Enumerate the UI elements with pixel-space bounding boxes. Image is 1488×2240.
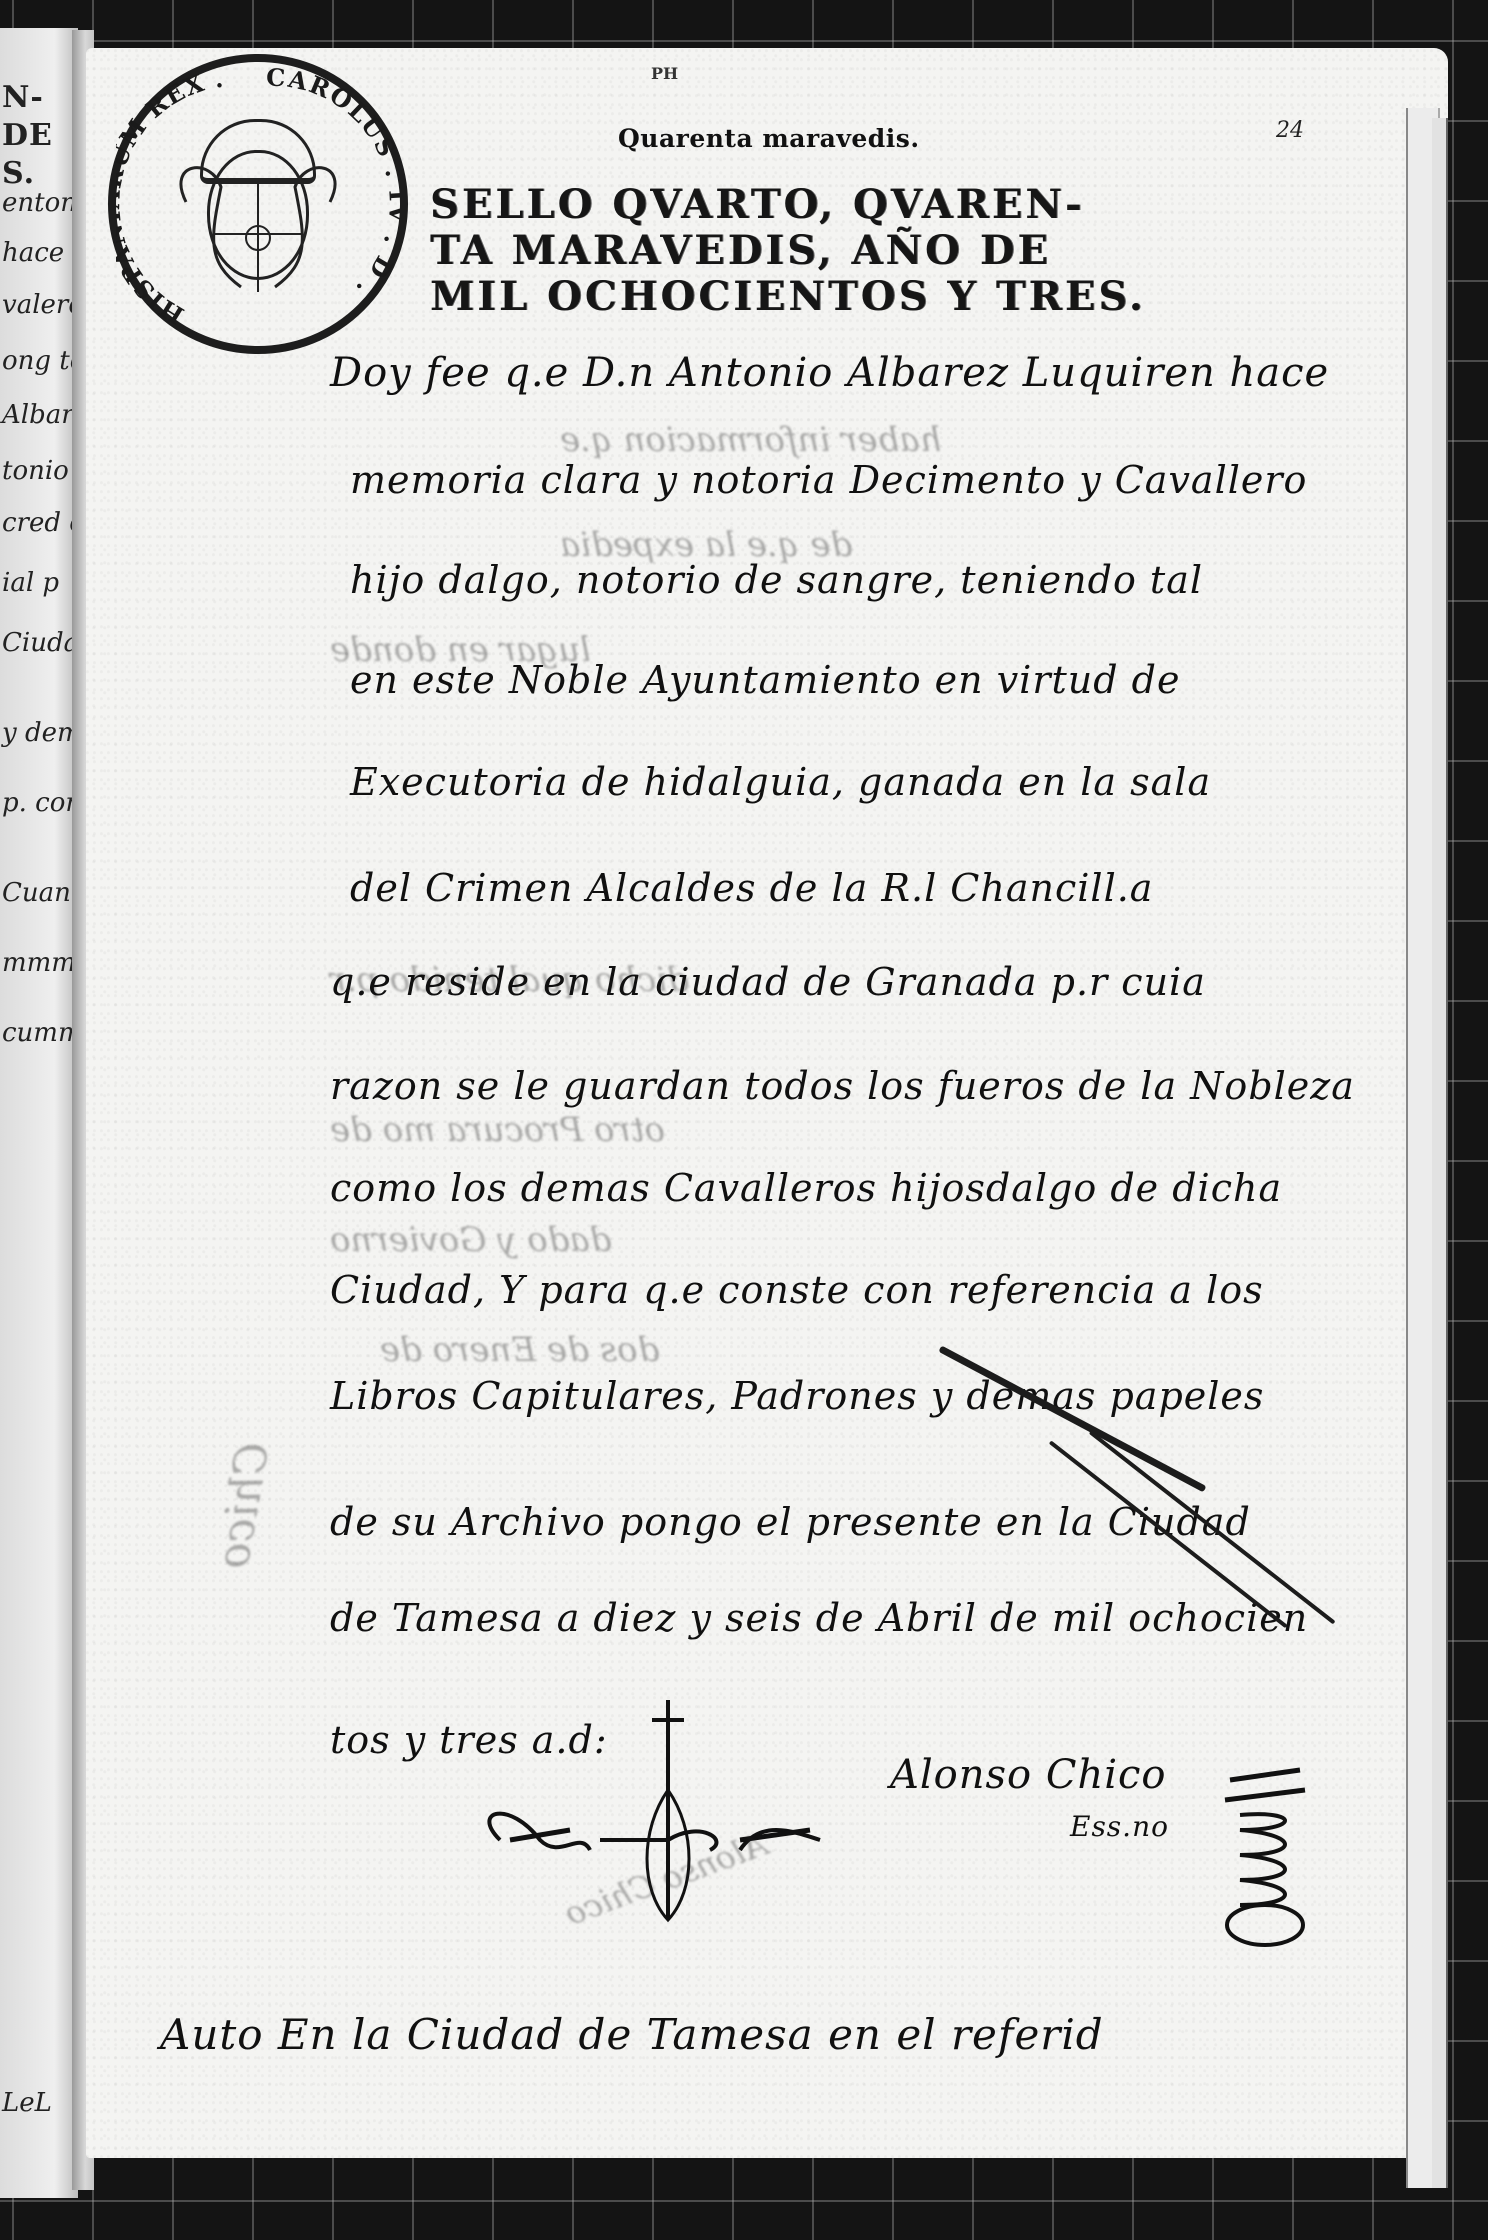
printed-stamp-header: SELLO QVARTO, QVAREN- TA MARAVEDIS, AÑO … bbox=[430, 182, 1110, 320]
page-edge bbox=[1432, 118, 1448, 2188]
facing-fragment: ial p bbox=[2, 568, 59, 598]
facing-fragment: valero bbox=[2, 290, 78, 320]
stamp-denomination: Quarenta maravedis. bbox=[618, 124, 920, 153]
header-line: MIL OCHOCIENTOS Y TRES. bbox=[430, 274, 1110, 320]
notary-signature: Alonso Chico bbox=[890, 1752, 1167, 1798]
body-line: Libros Capitulares, Padrones y demas pap… bbox=[330, 1374, 1264, 1418]
facing-fragment: y demas bbox=[2, 718, 78, 748]
facing-page: N- DE S. entonio hace valero ong ten Alb… bbox=[0, 28, 78, 2198]
facing-fragment: entonio bbox=[2, 188, 78, 218]
header-line: SELLO QVARTO, QVAREN- bbox=[430, 182, 1110, 228]
body-line: q.e reside en la ciudad de Granada p.r c… bbox=[330, 960, 1206, 1004]
facing-fragment: Albarez bbox=[2, 400, 78, 430]
body-line: hijo dalgo, notorio de sangre, teniendo … bbox=[350, 558, 1203, 602]
notary-title: Ess.no bbox=[1070, 1810, 1169, 1843]
body-line: memoria clara y notoria Decimento y Cava… bbox=[350, 458, 1307, 502]
cross-rubric-icon bbox=[440, 1690, 940, 1950]
facing-fragment: mmm bbox=[2, 948, 76, 978]
bleed-through-text: dos de Enero de bbox=[380, 1330, 659, 1370]
facing-fragment: hace bbox=[2, 238, 64, 268]
facing-fragment: DE bbox=[2, 118, 53, 153]
body-line: del Crimen Alcaldes de la R.l Chancill.a bbox=[350, 866, 1153, 910]
facing-fragment: N- bbox=[2, 80, 44, 115]
facing-fragment: Cuanto bbox=[2, 878, 78, 908]
body-line: de Tamesa a diez y seis de Abril de mil … bbox=[330, 1596, 1308, 1640]
bleed-through-text: dado y Govierno bbox=[330, 1220, 612, 1260]
spiral-flourish-icon bbox=[1210, 1760, 1320, 1950]
facing-fragment: Ciudad bbox=[2, 628, 78, 658]
body-line: Ciudad, Y para q.e conste con referencia… bbox=[330, 1268, 1264, 1312]
facing-fragment: cumm bbox=[2, 1018, 78, 1048]
folio-number: 24 bbox=[1276, 118, 1304, 143]
header-line: TA MARAVEDIS, AÑO DE bbox=[430, 228, 1110, 274]
body-line: razon se le guardan todos los fueros de … bbox=[330, 1064, 1355, 1108]
body-line: Executoria de hidalguia, ganada en la sa… bbox=[350, 760, 1211, 804]
body-line: de su Archivo pongo el presente en la Ci… bbox=[330, 1500, 1251, 1544]
auto-closing-line: Auto En la Ciudad de Tamesa en el referi… bbox=[160, 2010, 1104, 2059]
facing-fragment: ong ten bbox=[2, 346, 78, 376]
facing-fragment: tonio d bbox=[2, 456, 78, 486]
facing-fragment: cred en bbox=[2, 508, 78, 538]
body-line: como los demas Cavalleros hijosdalgo de … bbox=[330, 1166, 1282, 1210]
facing-fragment: S. bbox=[2, 156, 35, 191]
bleed-through-text: haber informacion q.e bbox=[560, 420, 942, 460]
body-line: Doy fee q.e D.n Antonio Albarez Luquiren… bbox=[330, 350, 1329, 396]
facing-fragment: LeL bbox=[2, 2088, 52, 2118]
coat-of-arms-icon bbox=[207, 150, 309, 280]
facing-fragment: p. cons bbox=[2, 788, 78, 818]
watermark-mark: PH bbox=[651, 64, 678, 83]
bleed-through-text: otro Procura mo de bbox=[330, 1110, 665, 1150]
body-line: en este Noble Ayuntamiento en virtud de bbox=[350, 658, 1180, 702]
royal-seal-stamp: CAROLUS . IV . D . G . HISPANIARUM REX . bbox=[108, 54, 408, 354]
